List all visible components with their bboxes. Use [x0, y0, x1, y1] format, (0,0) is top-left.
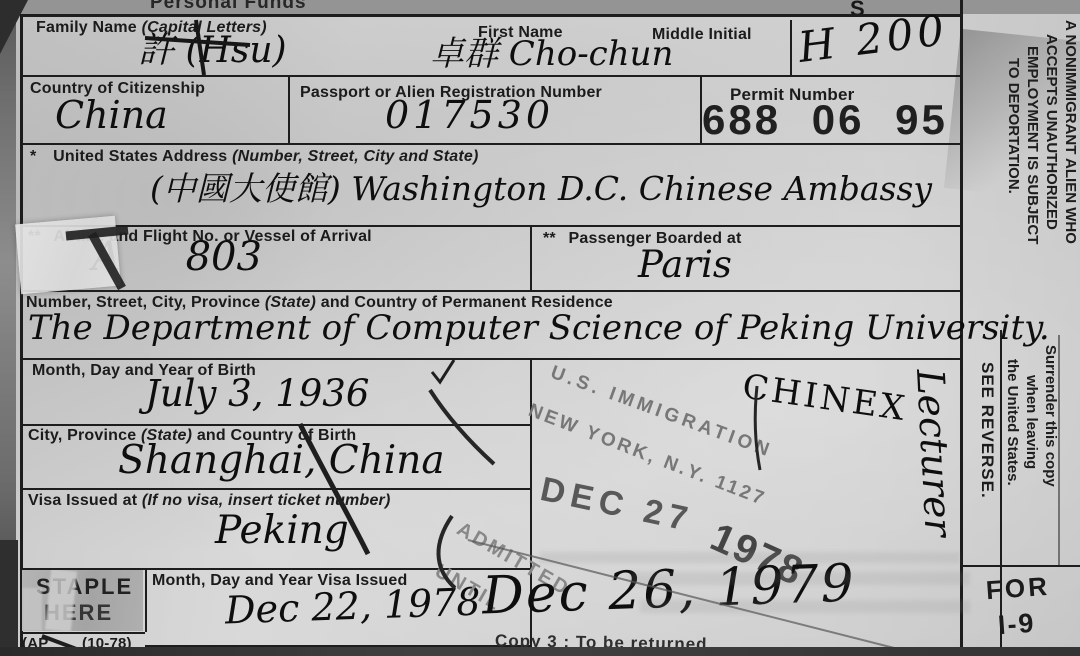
permit-value: 688 06 95 [702, 96, 948, 144]
scan-corner-bottomleft [0, 540, 18, 656]
surrender-note: Surrender this copy when leaving the Uni… [1003, 345, 1060, 607]
form-id-line2: I-9 [997, 609, 1036, 641]
birth-date-value: July 3, 1936 [145, 372, 369, 415]
grid-line [20, 632, 145, 634]
boarded-prefix: ** [543, 230, 556, 247]
staple-damage [22, 588, 42, 631]
grid-line [530, 225, 532, 290]
bleed-smudge [540, 552, 960, 563]
employment-warning-line2: ACCEPTS UNAUTHORIZED [1042, 34, 1061, 336]
employment-warning-line1: A NONIMMIGRANT ALIEN WHO [1061, 20, 1080, 336]
grid-line [20, 75, 960, 77]
grid-line [145, 568, 147, 632]
family-name-value: 許 (Hsu) [138, 22, 287, 73]
admitted-until-date: Dec 26, 1979 [481, 553, 857, 626]
grid-line [20, 14, 960, 17]
grid-line [20, 488, 530, 490]
grid-line [1000, 330, 1002, 656]
see-reverse-note: SEE REVERSE. [977, 362, 996, 567]
grid-line [20, 225, 960, 227]
visa-issued-at-note: (If no visa, insert ticket number) [142, 492, 391, 509]
grid-line [790, 20, 792, 75]
visa-issued-at-value: Peking [215, 508, 349, 553]
first-name-value: 卓群 Cho-chun [430, 26, 673, 75]
grid-line [20, 14, 23, 648]
date-stamp-month-day: DEC 27 [537, 470, 697, 540]
family-name-label-text: Family Name [36, 19, 137, 36]
citizenship-value: China [55, 93, 168, 137]
surrender-line1: Surrender this copy [1041, 345, 1060, 607]
bottom-strip [0, 647, 1080, 656]
employment-warning-line4: TO DEPORTATION. [1004, 58, 1023, 336]
permanent-residence-value: The Department of Computer Science of Pe… [28, 308, 1038, 348]
grid-line [20, 424, 530, 426]
grid-line [20, 358, 960, 360]
chinex-annotation: CHINEX [740, 367, 910, 430]
top-cutoff-text: Personal Funds [150, 0, 307, 14]
employment-warning-line3: EMPLOYMENT IS SUBJECT [1023, 46, 1042, 336]
boarded-value: Paris [638, 243, 732, 286]
us-address-value: (中國大使館) Washington D.C. Chinese Ambassy [150, 163, 1080, 210]
us-address-prefix: * [30, 148, 36, 165]
scanned-i94-card: Personal Funds S Family Name (Capital Le… [0, 0, 1080, 656]
birth-place-value: Shanghai, China [118, 438, 445, 483]
bleed-smudge [640, 600, 970, 613]
form-id-line1: FOR [985, 572, 1051, 605]
visa-issued-at-label-1: Visa Issued at [28, 492, 142, 509]
staple-box: STAPLE HERE [22, 570, 143, 631]
employment-warning: A NONIMMIGRANT ALIEN WHO ACCEPTS UNAUTHO… [1004, 20, 1080, 336]
passport-value: 017530 [385, 93, 554, 137]
grid-line [20, 290, 960, 292]
bleed-smudge [630, 572, 970, 585]
grid-line [288, 75, 290, 143]
tape-patch [15, 216, 121, 294]
surrender-line3: the United States. [1003, 359, 1022, 607]
immigration-stamp-line1: U.S. IMMIGRATION [547, 362, 775, 463]
visa-issued-at-label: Visa Issued at (If no visa, insert ticke… [28, 492, 391, 510]
lecturer-annotation: Lecturer [908, 368, 965, 625]
